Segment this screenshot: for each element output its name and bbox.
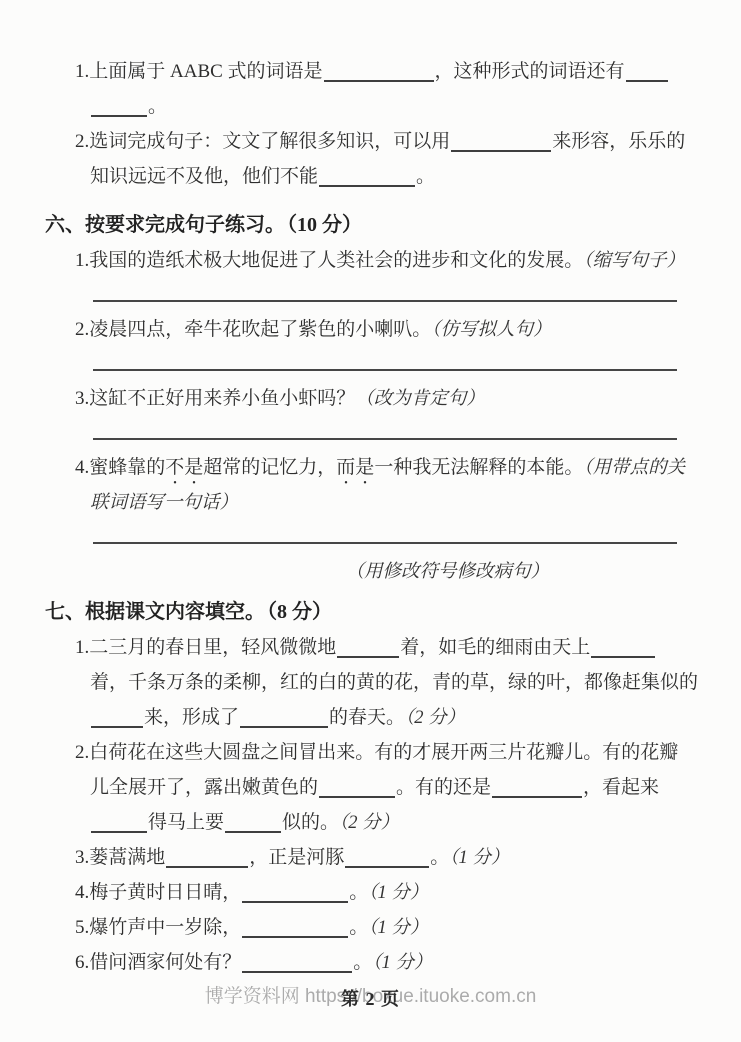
question-line: 2.白荷花在这些大圆盘之间冒出来。有的才展开两三片花瓣儿。有的花瓣 xyxy=(45,735,677,770)
text-run: 得马上要 xyxy=(148,812,224,833)
question-line: 知识远远不及他，他们不能。 xyxy=(45,159,677,194)
instruction-text: （1 分） xyxy=(449,848,509,868)
question-line: 联词语写一句话） xyxy=(45,485,677,520)
text-run: 似的。 xyxy=(282,812,339,833)
section-heading: 七、根据课文内容填空。（8 分） xyxy=(45,595,677,630)
question-line: 1.二三月的春日里，轻风微微地着，如毛的细雨由天上 xyxy=(45,630,677,665)
text-run: 着，千条万条的柔柳，红的白的黄的花，青的草，绿的叶，都像赶集似的 xyxy=(90,672,698,693)
answer-rule-line[interactable] xyxy=(93,369,677,371)
instruction-text: （1 分） xyxy=(368,918,428,938)
fill-in-blank[interactable] xyxy=(91,826,147,833)
instruction-text: 联词语写一句话） xyxy=(90,493,238,513)
instruction-text: （缩写句子） xyxy=(583,251,685,271)
text-run: 2.白荷花在这些大圆盘之间冒出来。有的才展开两三片花瓣儿。有的花瓣 xyxy=(75,742,678,763)
fill-in-blank[interactable] xyxy=(166,861,248,868)
instruction-text: （用带点的关 xyxy=(583,458,685,478)
page-footer: 博学资料网 https://boxue.ituoke.com.cn 第 2 页 xyxy=(0,981,741,1015)
fill-in-blank[interactable] xyxy=(591,651,655,658)
text-run: 5.爆竹声中一岁除， xyxy=(75,917,241,938)
question-line: 3.这缸不正好用来养小鱼小虾吗？（改为肯定句） xyxy=(45,381,677,416)
text-run: 一种我无法解释的本能。 xyxy=(374,457,583,478)
question-line: 得马上要似的。（2 分） xyxy=(45,805,677,840)
answer-rule-line[interactable] xyxy=(93,542,677,544)
instruction-text: （2 分） xyxy=(405,708,465,728)
question-line: 2.选词完成句子：文文了解很多知识，可以用来形容，乐乐的 xyxy=(45,124,677,159)
text-run: 。 xyxy=(416,166,435,187)
instruction-text: （1 分） xyxy=(372,953,432,973)
question-line: 1.我国的造纸术极大地促进了人类社会的进步和文化的发展。（缩写句子） xyxy=(45,243,677,278)
text-run: 。 xyxy=(353,952,372,973)
text-run: 4.蜜蜂靠的 xyxy=(75,457,165,478)
document-body: 1.上面属于 AABC 式的词语是，这种形式的词语还有。2.选词完成句子：文文了… xyxy=(0,0,741,980)
fill-in-blank[interactable] xyxy=(492,791,582,798)
text-run: ，正是河豚 xyxy=(249,847,344,868)
text-run: 。 xyxy=(349,882,368,903)
instruction-text: （改为肯定句） xyxy=(355,389,485,409)
section-title: 七、根据课文内容填空。 xyxy=(45,601,265,623)
text-run: 1.二三月的春日里，轻风微微地 xyxy=(75,637,336,658)
question-line: 6.借问酒家何处有？。（1 分） xyxy=(45,945,677,980)
section-seven: 七、根据课文内容填空。（8 分）1.二三月的春日里，轻风微微地着，如毛的细雨由天… xyxy=(45,595,677,980)
instruction-text: （1 分） xyxy=(368,883,428,903)
text-run: 的春天。 xyxy=(329,707,405,728)
section-title: 六、按要求完成句子练习。 xyxy=(45,214,285,236)
section-six: 六、按要求完成句子练习。（10 分）1.我国的造纸术极大地促进了人类社会的进步和… xyxy=(45,208,677,589)
text-run: 2.凌晨四点，牵牛花吹起了紫色的小喇叭。 xyxy=(75,319,431,340)
carryover-items: 1.上面属于 AABC 式的词语是，这种形式的词语还有。2.选词完成句子：文文了… xyxy=(45,54,677,194)
question-line: 。 xyxy=(45,89,677,124)
text-run: 超常的记忆力， xyxy=(203,457,336,478)
fill-in-blank[interactable] xyxy=(240,721,328,728)
fill-in-blank[interactable] xyxy=(225,826,281,833)
question-line: 3.蒌蒿满地，正是河豚。（1 分） xyxy=(45,840,677,875)
text-run: ，看起来 xyxy=(583,777,659,798)
instruction-text: （仿写拟人句） xyxy=(431,320,551,340)
page-number: 第 2 页 xyxy=(341,985,400,1011)
fill-in-blank[interactable] xyxy=(319,180,415,187)
instruction-text: （用修改符号修改病句） xyxy=(345,562,549,582)
question-line: 2.凌晨四点，牵牛花吹起了紫色的小喇叭。（仿写拟人句） xyxy=(45,312,677,347)
fill-in-blank[interactable] xyxy=(242,931,348,938)
answer-rule-line[interactable] xyxy=(93,438,677,440)
question-line: 4.蜜蜂靠的不是超常的记忆力，而是一种我无法解释的本能。（用带点的关 xyxy=(45,450,677,485)
text-run: 。 xyxy=(148,96,167,117)
fill-in-blank[interactable] xyxy=(451,145,551,152)
text-run: 2.选词完成句子：文文了解很多知识，可以用 xyxy=(75,131,450,152)
text-run: 知识远远不及他，他们不能 xyxy=(90,166,318,187)
text-run: 4.梅子黄时日日晴， xyxy=(75,882,241,903)
question-line: 来，形成了的春天。（2 分） xyxy=(45,700,677,735)
emphasized-text: 而是 xyxy=(336,457,374,478)
section-score: （10 分） xyxy=(287,214,362,236)
section-heading: 六、按要求完成句子练习。（10 分） xyxy=(45,208,677,243)
text-run: 3.蒌蒿满地 xyxy=(75,847,165,868)
instruction-note: （用修改符号修改病句） xyxy=(45,554,677,589)
text-run: 6.借问酒家何处有？ xyxy=(75,952,241,973)
fill-in-blank[interactable] xyxy=(242,966,352,973)
question-line: 5.爆竹声中一岁除，。（1 分） xyxy=(45,910,677,945)
text-run: 。有的还是 xyxy=(396,777,491,798)
fill-in-blank[interactable] xyxy=(337,651,399,658)
text-run: 1.上面属于 AABC 式的词语是 xyxy=(75,61,323,82)
text-run: 来形容，乐乐的 xyxy=(552,131,685,152)
text-run: 着，如毛的细雨由天上 xyxy=(400,637,590,658)
fill-in-blank[interactable] xyxy=(345,861,429,868)
fill-in-blank[interactable] xyxy=(242,896,348,903)
text-run: ，这种形式的词语还有 xyxy=(435,61,625,82)
emphasized-text: 不是 xyxy=(165,457,203,478)
question-line: 4.梅子黄时日日晴，。（1 分） xyxy=(45,875,677,910)
fill-in-blank[interactable] xyxy=(319,791,395,798)
question-line: 儿全展开了，露出嫩黄色的。有的还是，看起来 xyxy=(45,770,677,805)
instruction-text: （2 分） xyxy=(339,813,399,833)
text-run: 。 xyxy=(349,917,368,938)
fill-in-blank[interactable] xyxy=(324,75,434,82)
text-run: 1.我国的造纸术极大地促进了人类社会的进步和文化的发展。 xyxy=(75,250,583,271)
fill-in-blank[interactable] xyxy=(626,75,668,82)
text-run: 来，形成了 xyxy=(144,707,239,728)
question-line: 1.上面属于 AABC 式的词语是，这种形式的词语还有 xyxy=(45,54,677,89)
text-run: 儿全展开了，露出嫩黄色的 xyxy=(90,777,318,798)
section-score: （8 分） xyxy=(267,601,332,623)
text-run: 。 xyxy=(430,847,449,868)
fill-in-blank[interactable] xyxy=(91,110,147,117)
exam-page: 1.上面属于 AABC 式的词语是，这种形式的词语还有。2.选词完成句子：文文了… xyxy=(0,0,741,1042)
question-line: 着，千条万条的柔柳，红的白的黄的花，青的草，绿的叶，都像赶集似的 xyxy=(45,665,677,700)
fill-in-blank[interactable] xyxy=(91,721,143,728)
answer-rule-line[interactable] xyxy=(93,300,677,302)
text-run: 3.这缸不正好用来养小鱼小虾吗？ xyxy=(75,388,355,409)
